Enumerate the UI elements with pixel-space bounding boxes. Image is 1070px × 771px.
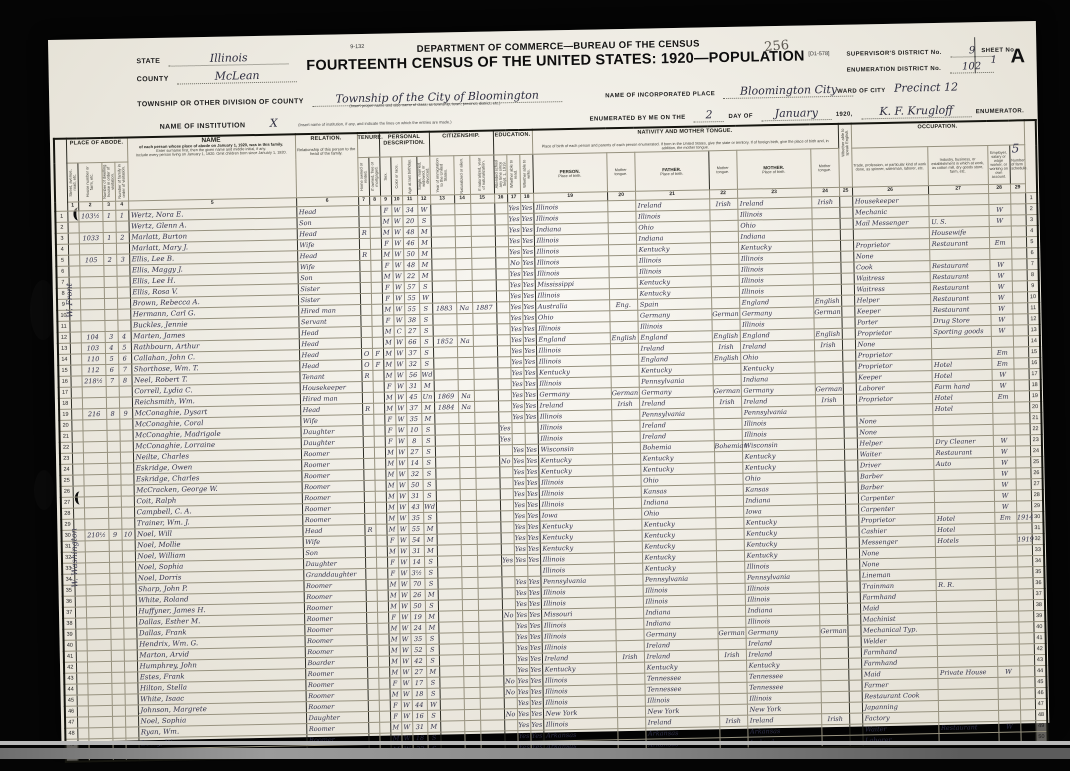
line-number-right: 22 [1030,424,1042,435]
cell-mtm [812,241,840,253]
cell-natyr [478,599,502,610]
cell-natyr [474,390,498,401]
cell-free [378,678,389,689]
cell-emp: W [991,314,1013,325]
cell-write: Yes [523,368,536,379]
cell-race: W [400,667,411,678]
line-number: 44 [64,684,76,695]
cell-write: Yes [524,379,537,390]
cell-eng [845,493,858,504]
cell-write: Yes [525,445,538,456]
cell-emp [993,424,1015,435]
cell-mt [610,355,638,367]
cell-st [77,728,88,739]
cell-free [378,667,389,678]
cell-read: Yes [513,489,526,500]
cell-read: Yes [511,412,524,423]
col-sex: Sex. [379,157,391,196]
cell-sex: M [388,623,399,634]
col-age: Age at last birthday. [401,157,417,196]
cell-ms: S [419,315,432,326]
cell-free [370,227,381,238]
cell-mtf [714,452,742,464]
cell-sex: M [385,447,396,458]
cell-mtm [812,230,840,242]
cell-mt [617,718,645,730]
cell-sch [495,225,508,236]
cell-hn [80,288,104,299]
cell-race: W [393,293,404,304]
cell-age: 45 [406,392,421,403]
cell-natyr [479,654,503,665]
cell-fn: 9 [119,408,132,419]
cell-imm [431,226,455,237]
cell-nat [463,655,479,666]
cell-read: Yes [510,346,523,357]
cell-sch [501,577,514,588]
cell-eng [848,658,861,669]
col-naturalization-year: If naturalized, year of naturalization. [469,155,494,194]
line-number-right: 13 [1028,325,1040,336]
cell-age: 52 [411,645,426,656]
cell-st [77,706,88,717]
cell-farm [1013,347,1028,358]
cell-mtf [711,298,739,310]
cell-hn [88,717,112,728]
cell-sch [499,467,512,478]
cell-own: R [364,525,375,536]
cell-read: Yes [511,379,524,390]
cell-mt [610,344,638,356]
cell-mtm [813,263,841,275]
cell-write: Yes [522,313,535,324]
col-able-to-read: Whether able to read. [506,155,520,194]
cell-ms: M [425,589,438,600]
cell-mtm: German [815,384,843,396]
cell-read: No [508,258,521,269]
line-number: 46 [65,706,77,717]
enumerator-label: ENUMERATOR. [976,108,1025,115]
cell-free [375,502,386,513]
cell-natyr [473,368,497,379]
cell-ms: S [420,326,433,337]
cell-mtm [819,615,847,627]
cell-age: 32 [407,469,422,480]
cell-age: 55 [408,524,423,535]
cell-ms: S [417,216,430,227]
cell-farm [1018,622,1033,633]
group-tenure: TENURE. [357,133,379,158]
cell-race: W [394,337,405,348]
cell-free [377,612,388,623]
cell-free [374,458,385,469]
cell-fn [123,595,136,606]
cell-natyr [471,225,495,236]
cell-race: W [399,623,410,634]
cell-st [76,640,87,651]
cell-fn [121,485,134,496]
cell-sex: F [382,293,393,304]
cell-st [68,244,79,255]
cell-sex: M [383,359,394,370]
cell-mtf [718,661,746,673]
cell-eng [840,218,853,229]
cell-own [360,316,371,327]
line-number-right: 48 [1035,710,1047,721]
col-industry: Industry, business, or establishment in … [927,146,988,186]
cell-write: Yes [522,280,535,291]
cell-mtf [712,364,740,376]
cell-write: Yes [524,401,537,412]
cell-natyr [476,500,500,511]
cell-fn: 8 [118,375,131,386]
cell-sex: M [386,480,397,491]
cell-imm [433,369,457,380]
cell-sex: F [385,436,396,447]
institution-label: NAME OF INSTITUTION [160,122,246,131]
cell-mtm [820,637,848,649]
cell-imm [433,347,457,358]
cell-mtf: English [712,353,740,365]
cell-st [70,343,81,354]
col-able-to-write: Whether able to write. [519,155,533,194]
cell-write: Yes [527,576,540,587]
cell-free [371,271,382,282]
cell-ms: S [426,655,439,666]
cell-write: Yes [530,686,543,697]
cell-emp: Em [994,512,1016,523]
cell-hn [80,299,104,310]
cell-own [364,514,375,525]
cell-mtm: Irish [815,395,843,407]
cell-hn [84,508,108,519]
col-house-number: House number or farm, etc. [77,163,102,202]
cell-mt [617,685,645,697]
cell-mtm [816,428,844,440]
cell-sch [500,522,513,533]
cell-imm [434,413,458,424]
cell-eng [845,504,858,515]
cell-age: 35 [406,414,421,425]
cell-read: Yes [509,302,522,313]
cell-own [365,536,376,547]
cell-own [360,272,371,283]
cell-farm [1013,325,1028,336]
cell-write: Yes [529,675,542,686]
cell-write: Yes [527,554,540,565]
cell-mt [609,267,637,279]
cell-ms: M [427,721,440,732]
cell-write: Yes [528,587,541,598]
cell-imm [435,435,459,446]
cell-imm [430,204,454,215]
cell-nat [459,468,475,479]
cell-free [372,337,383,348]
cell-hn [85,552,109,563]
cell-read: Yes [514,555,527,566]
line-number-right: 34 [1032,556,1044,567]
cell-write: Yes [520,203,533,214]
cell-read: Yes [516,665,529,676]
cell-imm [440,699,464,710]
cell-write: Yes [529,631,542,642]
cell-mt [616,630,644,642]
cell-mtm [815,406,843,418]
cell-mtf: Irish [709,199,737,211]
cell-farm [1020,721,1035,732]
cell-natyr [478,621,502,632]
cell-imm [439,666,463,677]
cell-emp: W [997,666,1019,677]
cell-read: Yes [507,203,520,214]
cell-farm [1010,193,1025,204]
cell-mtm [818,549,846,561]
cell-mtm [817,494,845,506]
cell-ms: S [424,578,437,589]
cell-ms: M [418,227,431,238]
cell-imm [431,237,455,248]
cell-age: 26 [410,590,425,601]
cell-natyr [480,709,504,720]
cell-eng [847,581,860,592]
cell-hn [83,453,107,464]
ward-label: WARD OF CITY [837,88,886,95]
cell-sch [500,500,513,511]
cell-ms: S [422,424,435,435]
cell-dn [111,651,124,662]
cell-fn [117,276,130,287]
cell-farm [1011,259,1026,270]
cell-fn [123,628,136,639]
form-number: 9-132 [350,44,364,50]
cell-farm [1010,204,1025,215]
cell-sex: F [388,612,399,623]
cell-dn [110,618,123,629]
cell-free [374,436,385,447]
cell-mt: Irish [611,399,639,411]
line-number: 37 [63,607,75,618]
cell-mtm [816,439,844,451]
cell-own [365,580,376,591]
cell-write: Yes [530,719,543,730]
col-naturalized: Naturalized or alien. [453,156,470,195]
cell-sex: F [384,381,395,392]
cell-hn [87,684,111,695]
cell-mtm [813,285,841,297]
cell-dn [110,629,123,640]
cell-mtf [717,617,745,629]
enumeration-month: January [761,106,831,121]
cell-own [363,448,374,459]
cell-mt [617,707,645,719]
cell-mt [608,212,636,224]
cell-sex: F [385,425,396,436]
cell-own [362,393,373,404]
cell-mt [614,564,642,576]
cell-age: 14 [409,557,424,568]
cell-mtf [719,683,747,695]
cell-ms: S [420,337,433,348]
cell-emp [995,567,1017,578]
scanner-strip [0,748,1070,759]
cell-farm [1015,424,1030,435]
line-number-right: 10 [1027,292,1039,303]
cell-eng [846,548,859,559]
cell-sex: F [387,535,398,546]
cell-read: Yes [510,335,523,346]
cell-race: W [395,403,406,414]
group-relation: RELATION. Relationship of this person to… [295,133,358,198]
cell-mtf [710,221,738,233]
cell-own [359,239,370,250]
cell-farm [1020,710,1035,721]
cell-write: Yes [526,511,539,522]
incorporated-place-field: NAME OF INCORPORATED PLACE Bloomington C… [605,80,854,103]
cell-eng [849,691,862,702]
cell-natyr [474,401,498,412]
cell-age: 55 [404,304,419,315]
cell-sch [502,588,515,599]
cell-fn [122,540,135,551]
cell-mtf [717,606,745,618]
cell-imm [433,325,457,336]
cell-farm [1018,611,1033,622]
cell-mtf [711,276,739,288]
cell-own [360,294,371,305]
cell-nat [459,457,475,468]
cell-age: 17 [411,678,426,689]
cell-read: Yes [509,291,522,302]
cell-emp: W [990,281,1012,292]
cell-read: Yes [509,280,522,291]
cell-natyr [472,280,496,291]
cell-natyr [475,456,499,467]
cell-eng [845,515,858,526]
cell-sex: M [386,513,397,524]
cell-emp [992,413,1014,424]
cell-sch: Yes [499,423,512,434]
cell-sch: No [499,456,512,467]
cell-imm [435,457,459,468]
cell-mtm: German [819,626,847,638]
cell-free [374,469,385,480]
cell-nat: Na [458,402,474,413]
col-mother-mother-tongue: Mother tongue. [810,149,839,189]
cell-nat [463,666,479,677]
cell-race: W [401,700,412,711]
cell-eng [844,438,857,449]
cell-hn: 112 [81,365,105,376]
cell-st [71,409,82,420]
cell-race: W [391,205,402,216]
cell-emp [998,688,1020,699]
cell-mt [608,245,636,257]
cell-nat [461,578,477,589]
cell-mtf [713,408,741,420]
cell-hn [82,420,106,431]
cell-st [67,211,78,222]
cell-imm: 1852 [433,336,457,347]
cell-hn [88,695,112,706]
cell-eng [840,240,853,251]
cell-sex: M [383,337,394,348]
cell-sex: F [384,414,395,425]
cell-emp [996,622,1018,633]
cell-mtf [712,320,740,332]
cell-natyr [472,313,496,324]
cell-sex: F [381,238,392,249]
cell-emp [995,523,1017,534]
cell-nat [458,413,474,424]
cell-dn [104,288,117,299]
cell-nat [461,545,477,556]
cell-read: Yes [508,236,521,247]
line-number: 20 [59,420,71,431]
cell-sex: M [390,689,401,700]
cell-mtf: German [718,628,746,640]
cell-ms: Wd [420,370,433,381]
cell-emp: W [990,292,1012,303]
cell-nat [464,699,480,710]
cell-sch [504,698,517,709]
cell-ms: M [419,271,432,282]
cell-race: W [396,447,407,458]
cell-mtf: Bohemian [714,441,742,453]
cell-read [514,566,527,577]
cell-age: 19 [410,612,425,623]
cell-ms: S [422,457,435,468]
cell-write: Yes [530,708,543,719]
cell-own [359,261,370,272]
enumeration-district-value: 102 [950,61,994,74]
cell-own [358,206,369,217]
cell-fn [120,474,133,485]
cell-ms: W [417,205,430,216]
cell-mt [616,674,644,686]
cell-sch [502,621,515,632]
institution-note: (Insert name of institution, if any, and… [298,119,451,127]
cell-read: Yes [510,324,523,335]
cell-age: 37 [406,403,421,414]
sheet-value: 1 [990,55,997,66]
cell-mtm [811,208,839,220]
line-number-right: 4 [1026,226,1038,237]
line-number-right: 39 [1033,611,1045,622]
cell-fn [117,309,130,320]
cell-mt [612,454,640,466]
cell-farm [1020,688,1035,699]
cell-sex: M [381,249,392,260]
cell-hn [82,398,106,409]
cell-free [370,260,381,271]
cell-sex: F [381,260,392,271]
cell-own [362,382,373,393]
cell-natyr [471,247,495,258]
cell-fn: 2 [116,232,129,243]
cell-sex: M [390,722,401,733]
cell-fn [119,386,132,397]
cell-hn [79,266,103,277]
line-number-right: 21 [1029,413,1041,424]
cell-nat [462,600,478,611]
cell-nat [461,534,477,545]
cell-race: W [393,304,404,315]
cell-mtf [711,287,739,299]
cell-free [378,634,389,645]
cell-race: W [397,524,408,535]
col-attended-school: Attended school any time since Sept. 1, … [493,155,507,194]
cell-natyr [480,687,504,698]
